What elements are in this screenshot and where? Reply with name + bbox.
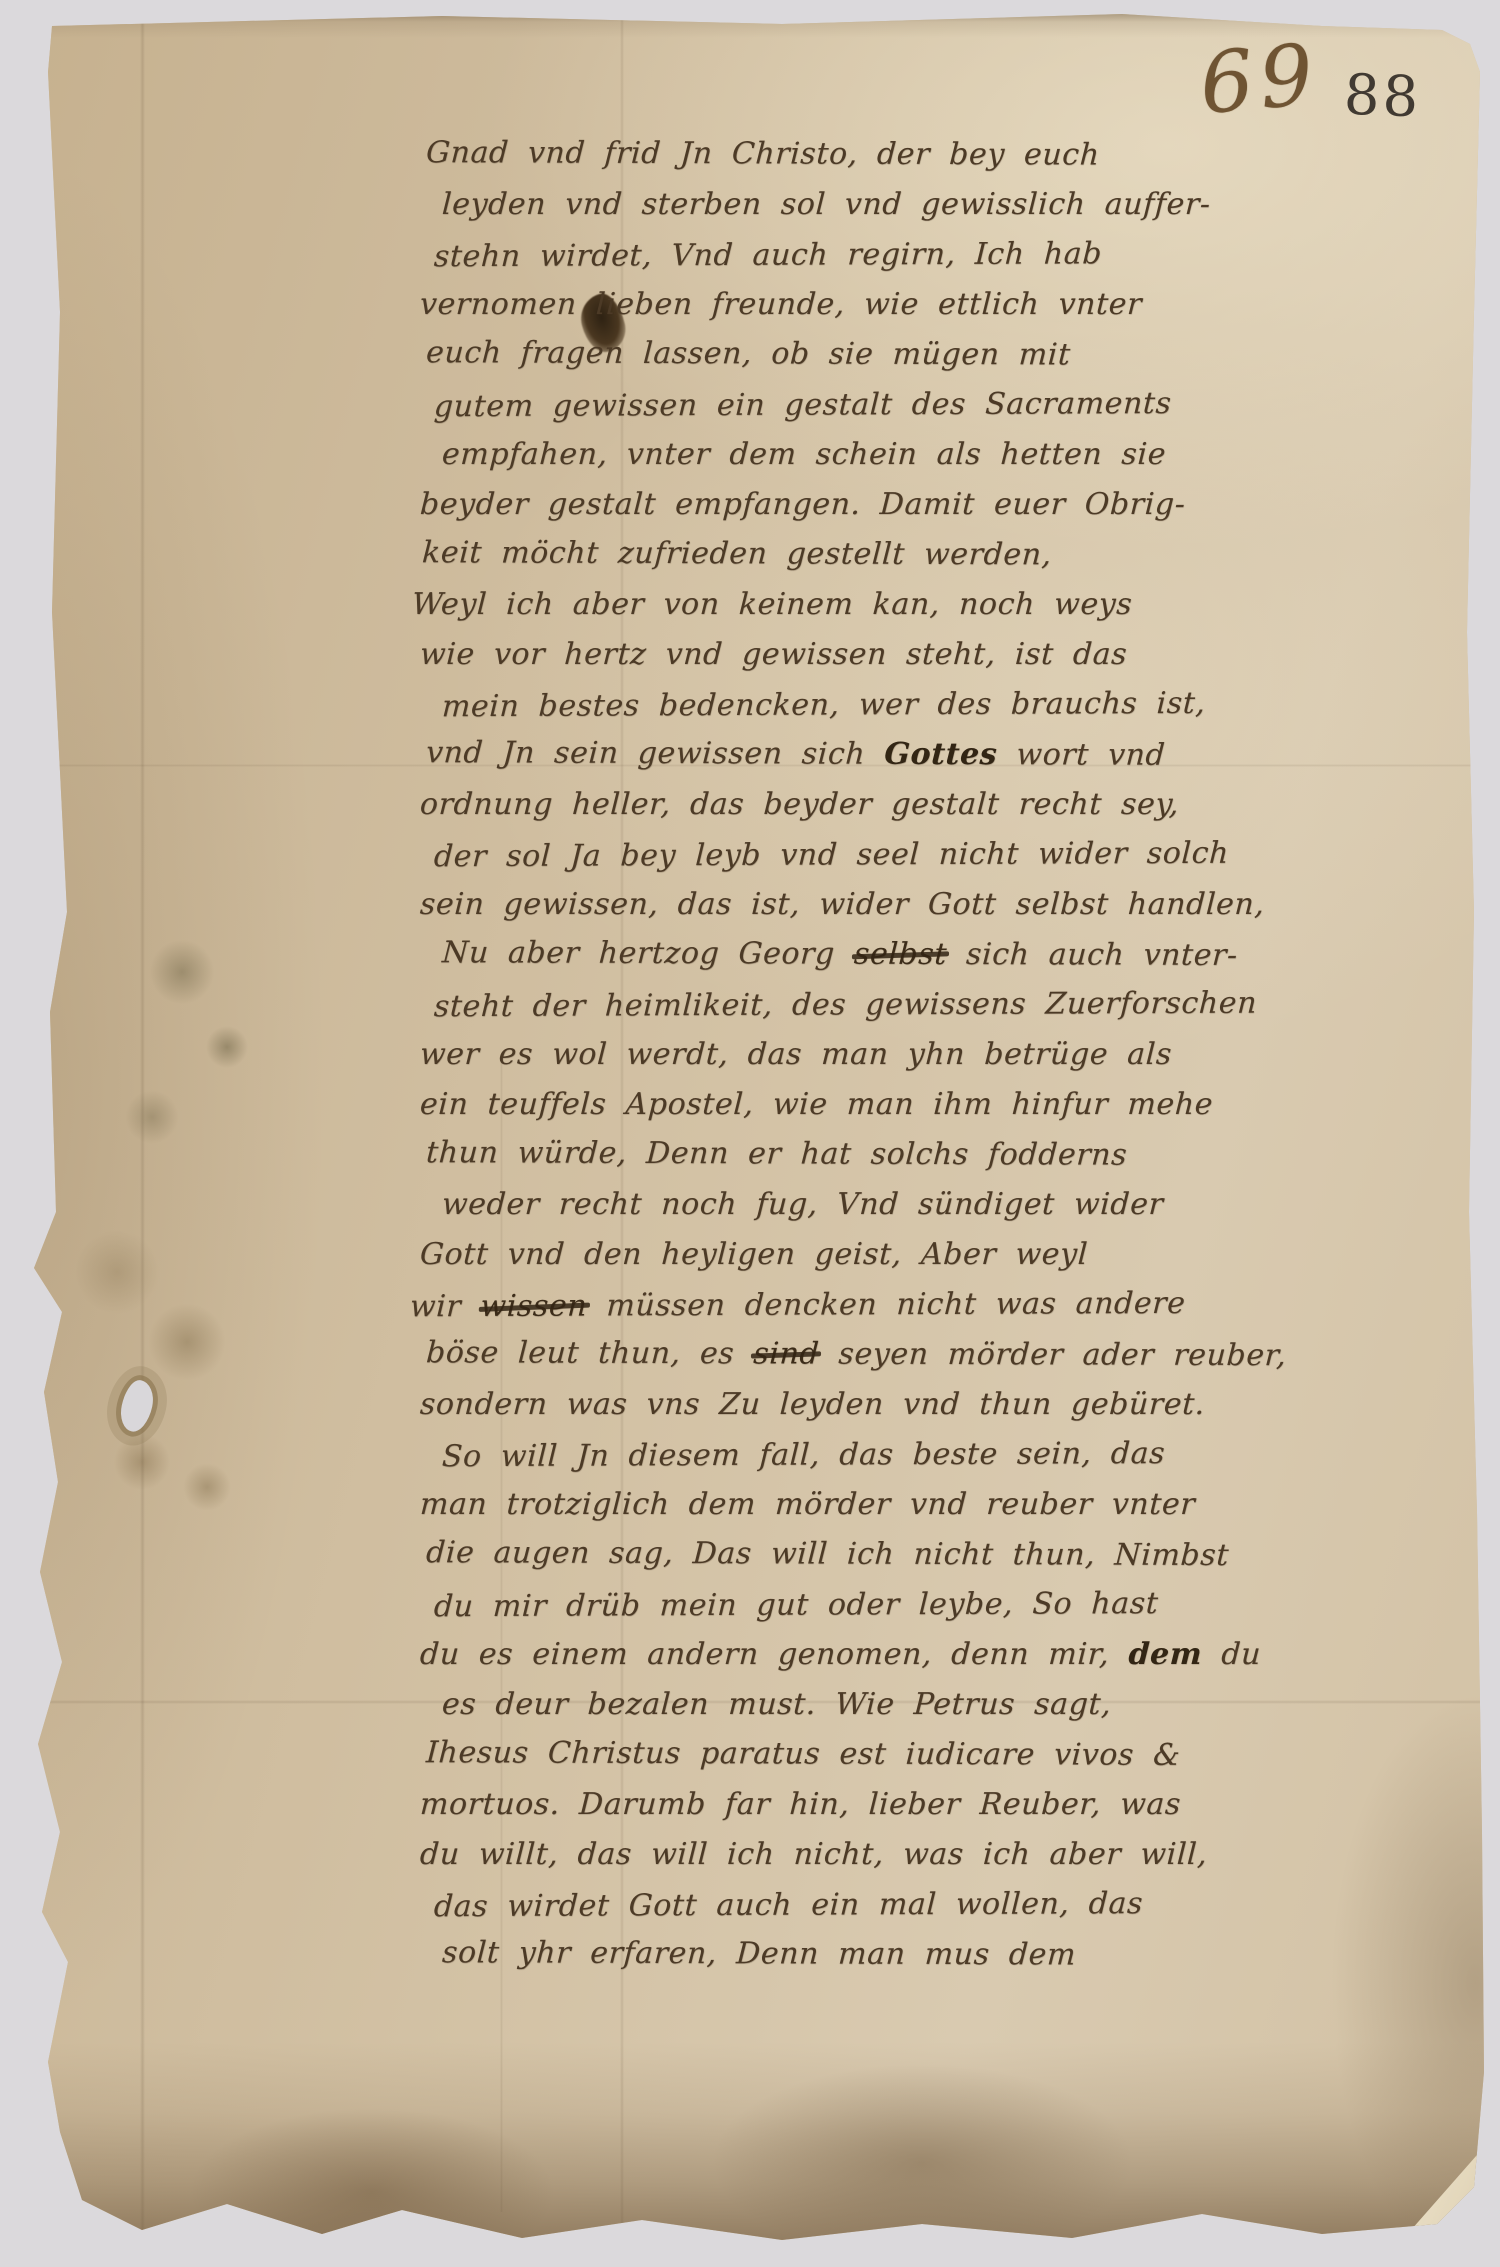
manuscript-line: ein teuffels Apostel, wie man ihm hinfur…	[419, 1080, 1462, 1130]
manuscript-line: sondern was vns Zu leyden vnd thun gebür…	[419, 1380, 1462, 1430]
manuscript-line: empfahen, vnter dem schein als hetten si…	[441, 430, 1462, 480]
manuscript-line: das wirdet Gott auch ein mal wollen, das	[433, 1878, 1462, 1932]
page-number-stamp: 88	[1343, 63, 1422, 131]
manuscript-line: steht der heimlikeit, des gewissens Zuer…	[433, 978, 1462, 1032]
manuscript-line: sein gewissen, das ist, wider Gott selbs…	[419, 880, 1462, 930]
manuscript-line: Ihesus Christus paratus est iudicare viv…	[425, 1728, 1462, 1782]
manuscript-line: vernomen lieben freunde, wie ettlich vnt…	[419, 280, 1462, 330]
manuscript-line: thun würde, Denn er hat solchs fodderns	[425, 1128, 1462, 1182]
manuscript-line: mortuos. Darumb far hin, lieber Reuber, …	[419, 1780, 1462, 1830]
manuscript-line: Gnad vnd frid Jn Christo, der bey euch	[425, 128, 1462, 182]
manuscript-line: du es einem andern genomen, denn mir, de…	[419, 1630, 1462, 1680]
manuscript-line: wir wissen müssen dencken nicht was ande…	[409, 1278, 1462, 1333]
manuscript-line: man trotziglich dem mörder vnd reuber vn…	[419, 1480, 1462, 1530]
manuscript-line: Weyl ich aber von keinem kan, noch weys	[411, 580, 1462, 630]
manuscript-line: solt yhr erfaren, Denn man mus dem	[441, 1928, 1462, 1982]
scan-background: { "page": { "folio_number": "69", "stamp…	[0, 0, 1500, 2267]
manuscript-text: Gnad vnd frid Jn Christo, der bey euchle…	[420, 130, 1460, 1980]
manuscript-line: du mir drüb mein gut oder leybe, So hast	[433, 1578, 1462, 1632]
manuscript-line: keit möcht zufrieden gestellt werden,	[421, 528, 1462, 582]
manuscript-line: weder recht noch fug, Vnd sündiget wider	[441, 1180, 1462, 1230]
manuscript-line: So will Jn diesem fall, das beste sein, …	[441, 1428, 1462, 1482]
manuscript-line: böse leut thun, es sind seyen mörder ade…	[425, 1328, 1462, 1382]
manuscript-line: stehn wirdet, Vnd auch regirn, Ich hab	[433, 228, 1462, 282]
manuscript-line: die augen sag, Das will ich nicht thun, …	[425, 1528, 1462, 1582]
manuscript-line: wer es wol werdt, das man yhn betrüge al…	[419, 1030, 1462, 1080]
manuscript-line: es deur bezalen must. Wie Petrus sagt,	[441, 1680, 1462, 1730]
worm-hole	[117, 1377, 157, 1434]
manuscript-line: beyder gestalt empfangen. Damit euer Obr…	[419, 480, 1462, 530]
manuscript-line: wie vor hertz vnd gewissen steht, ist da…	[419, 630, 1462, 680]
manuscript-line: ordnung heller, das beyder gestalt recht…	[419, 780, 1462, 830]
manuscript-page: 69 88 Gnad vnd frid Jn Christo, der bey …	[22, 12, 1490, 2252]
manuscript-line: euch fragen lassen, ob sie mügen mit	[425, 328, 1462, 382]
manuscript-line: Gott vnd den heyligen geist, Aber weyl	[419, 1230, 1462, 1280]
manuscript-line: vnd Jn sein gewissen sich Gottes wort vn…	[425, 728, 1462, 782]
corner-fold	[1412, 2147, 1484, 2252]
manuscript-line: der sol Ja bey leyb vnd seel nicht wider…	[433, 828, 1462, 882]
manuscript-line: gutem gewissen ein gestalt des Sacrament…	[433, 378, 1462, 432]
scan-area: 69 88 Gnad vnd frid Jn Christo, der bey …	[0, 0, 1500, 2267]
fold-crease-vertical	[140, 12, 145, 2252]
folio-number-ink: 69	[1196, 25, 1323, 133]
manuscript-line: Nu aber hertzog Georg selbst sich auch v…	[441, 928, 1462, 982]
manuscript-line: leyden vnd sterben sol vnd gewisslich au…	[441, 180, 1462, 230]
manuscript-line: mein bestes bedencken, wer des brauchs i…	[441, 678, 1462, 732]
manuscript-line: du willt, das will ich nicht, was ich ab…	[419, 1830, 1462, 1880]
